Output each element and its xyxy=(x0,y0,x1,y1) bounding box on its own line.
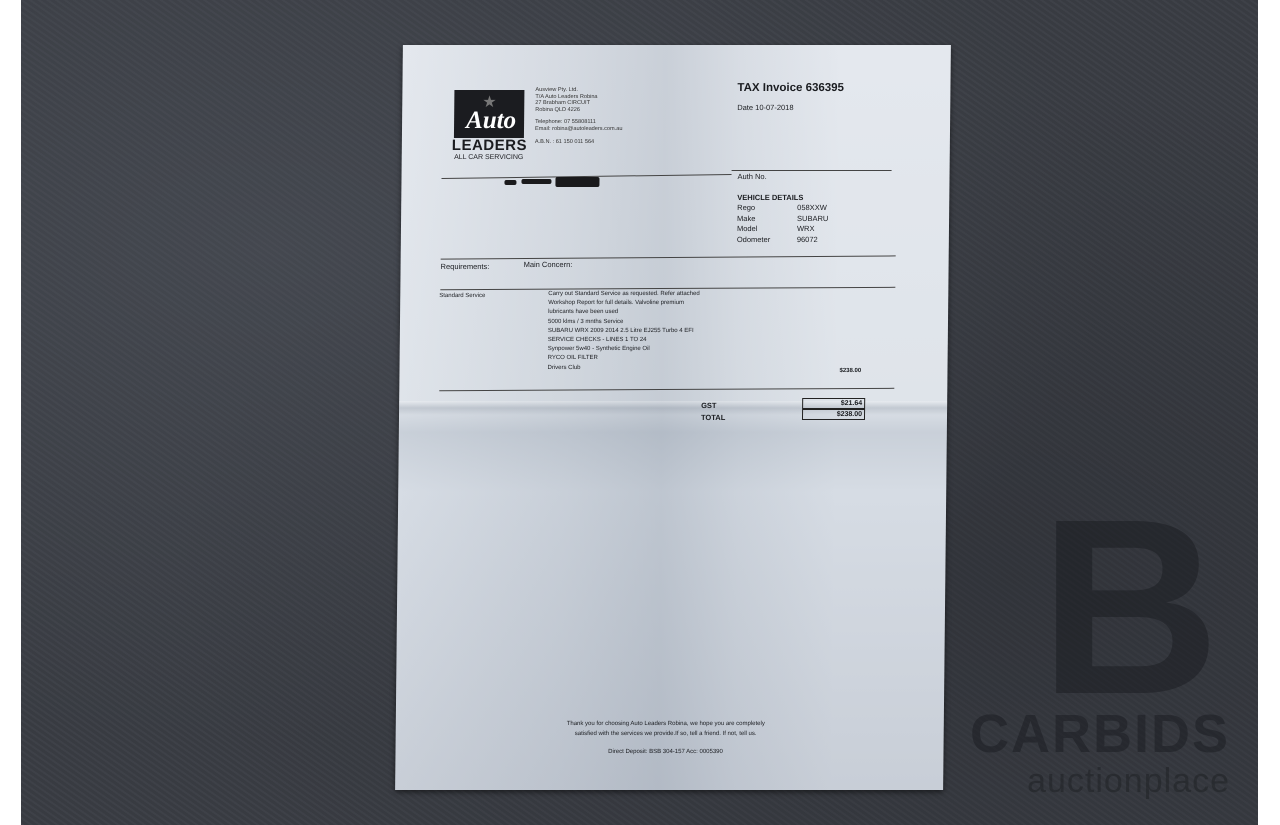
service-name: Standard Service xyxy=(439,293,485,299)
gst-label: GST xyxy=(701,401,717,410)
photo-background: B CARBIDS auctionplace ★ Auto LEADERS AL… xyxy=(21,0,1258,825)
divider xyxy=(441,255,896,259)
vehicle-row-make: Make SUBARU xyxy=(737,214,828,225)
company-address-line2: Robina QLD 4226 xyxy=(535,107,623,114)
vehicle-value: 058XXW xyxy=(797,203,827,214)
logo-badge: ★ Auto xyxy=(454,90,525,138)
main-concern-label: Main Concern: xyxy=(524,260,573,269)
footer-thanks: Thank you for choosing Auto Leaders Robi… xyxy=(516,720,816,739)
invoice-date: Date 10-07-2018 xyxy=(737,103,793,112)
company-telephone: Telephone: 07 55808111 xyxy=(535,119,623,126)
company-trading-as: T/A Auto Leaders Robina xyxy=(535,94,623,101)
watermark-logo-mark: B xyxy=(1039,497,1220,717)
vehicle-label: Model xyxy=(737,224,797,235)
gst-value: $21.64 xyxy=(802,398,865,409)
service-line: lubricants have been used xyxy=(548,308,758,317)
redacted-customer-name xyxy=(504,180,516,185)
vehicle-value: SUBARU xyxy=(797,214,828,225)
footer-thanks-line: Thank you for choosing Auto Leaders Robi… xyxy=(516,720,816,730)
company-name: Ausview Pty. Ltd. xyxy=(535,87,623,94)
divider xyxy=(732,170,892,171)
vehicle-value: 96072 xyxy=(797,235,818,246)
company-abn: A.B.N. : 61 150 011 564 xyxy=(535,139,623,146)
service-line: Drivers Club xyxy=(547,364,757,373)
company-email: Email: robina@autoleaders.com.au xyxy=(535,126,623,133)
logo-leaders-text: LEADERS xyxy=(452,138,526,154)
service-line: Workshop Report for full details. Valvol… xyxy=(548,299,758,308)
footer-direct-deposit: Direct Deposit: BSB 304-157 Acc: 0005390 xyxy=(515,749,815,755)
service-line: RYCO OIL FILTER xyxy=(548,354,758,363)
service-line: SUBARU WRX 2009 2014 2.5 Litre EJ255 Tur… xyxy=(548,327,758,336)
footer-thanks-line: satisfied with the services we provide.I… xyxy=(516,730,816,740)
vehicle-label: Make xyxy=(737,214,797,225)
divider xyxy=(439,388,894,391)
watermark-subtitle: auctionplace xyxy=(960,762,1230,801)
service-line: Synpower 5w40 - Synthetic Engine Oil xyxy=(548,345,758,354)
vehicle-details-heading: VEHICLE DETAILS xyxy=(737,193,803,202)
logo-auto-text: Auto xyxy=(458,108,524,134)
vehicle-details-table: Rego 058XXW Make SUBARU Model WRX Odomet… xyxy=(737,203,829,245)
redacted-customer-name xyxy=(521,179,551,184)
invoice-document: ★ Auto LEADERS ALL CAR SERVICING Ausview… xyxy=(395,45,951,790)
auto-leaders-logo: ★ Auto LEADERS ALL CAR SERVICING xyxy=(452,90,527,162)
total-label: TOTAL xyxy=(701,413,725,422)
auth-number-label: Auth No. xyxy=(737,172,766,181)
company-address-line1: 27 Brabham CIRCUIT xyxy=(535,100,623,107)
vehicle-row-model: Model WRX xyxy=(737,224,828,235)
service-price: $238.00 xyxy=(839,368,861,374)
redacted-customer-name xyxy=(555,177,599,187)
service-line: SERVICE CHECKS - LINES 1 TO 24 xyxy=(548,336,758,345)
carbids-watermark: B CARBIDS auctionplace xyxy=(960,497,1230,807)
vehicle-value: WRX xyxy=(797,224,815,235)
requirements-label: Requirements: xyxy=(441,262,490,271)
company-details: Ausview Pty. Ltd. T/A Auto Leaders Robin… xyxy=(535,87,623,145)
vehicle-row-rego: Rego 058XXW xyxy=(737,203,828,214)
watermark-name: CARBIDS xyxy=(960,703,1230,765)
vehicle-label: Rego xyxy=(737,203,797,214)
logo-tagline: ALL CAR SERVICING xyxy=(450,153,528,162)
invoice-title: TAX Invoice 636395 xyxy=(737,82,844,94)
service-line: 5000 klms / 3 mnths Service xyxy=(548,318,758,327)
vehicle-row-odometer: Odometer 96072 xyxy=(737,235,828,246)
vehicle-label: Odometer xyxy=(737,235,797,246)
service-description: Carry out Standard Service as requested.… xyxy=(547,290,758,373)
service-line: Carry out Standard Service as requested.… xyxy=(548,290,758,299)
total-value: $238.00 xyxy=(802,409,865,420)
